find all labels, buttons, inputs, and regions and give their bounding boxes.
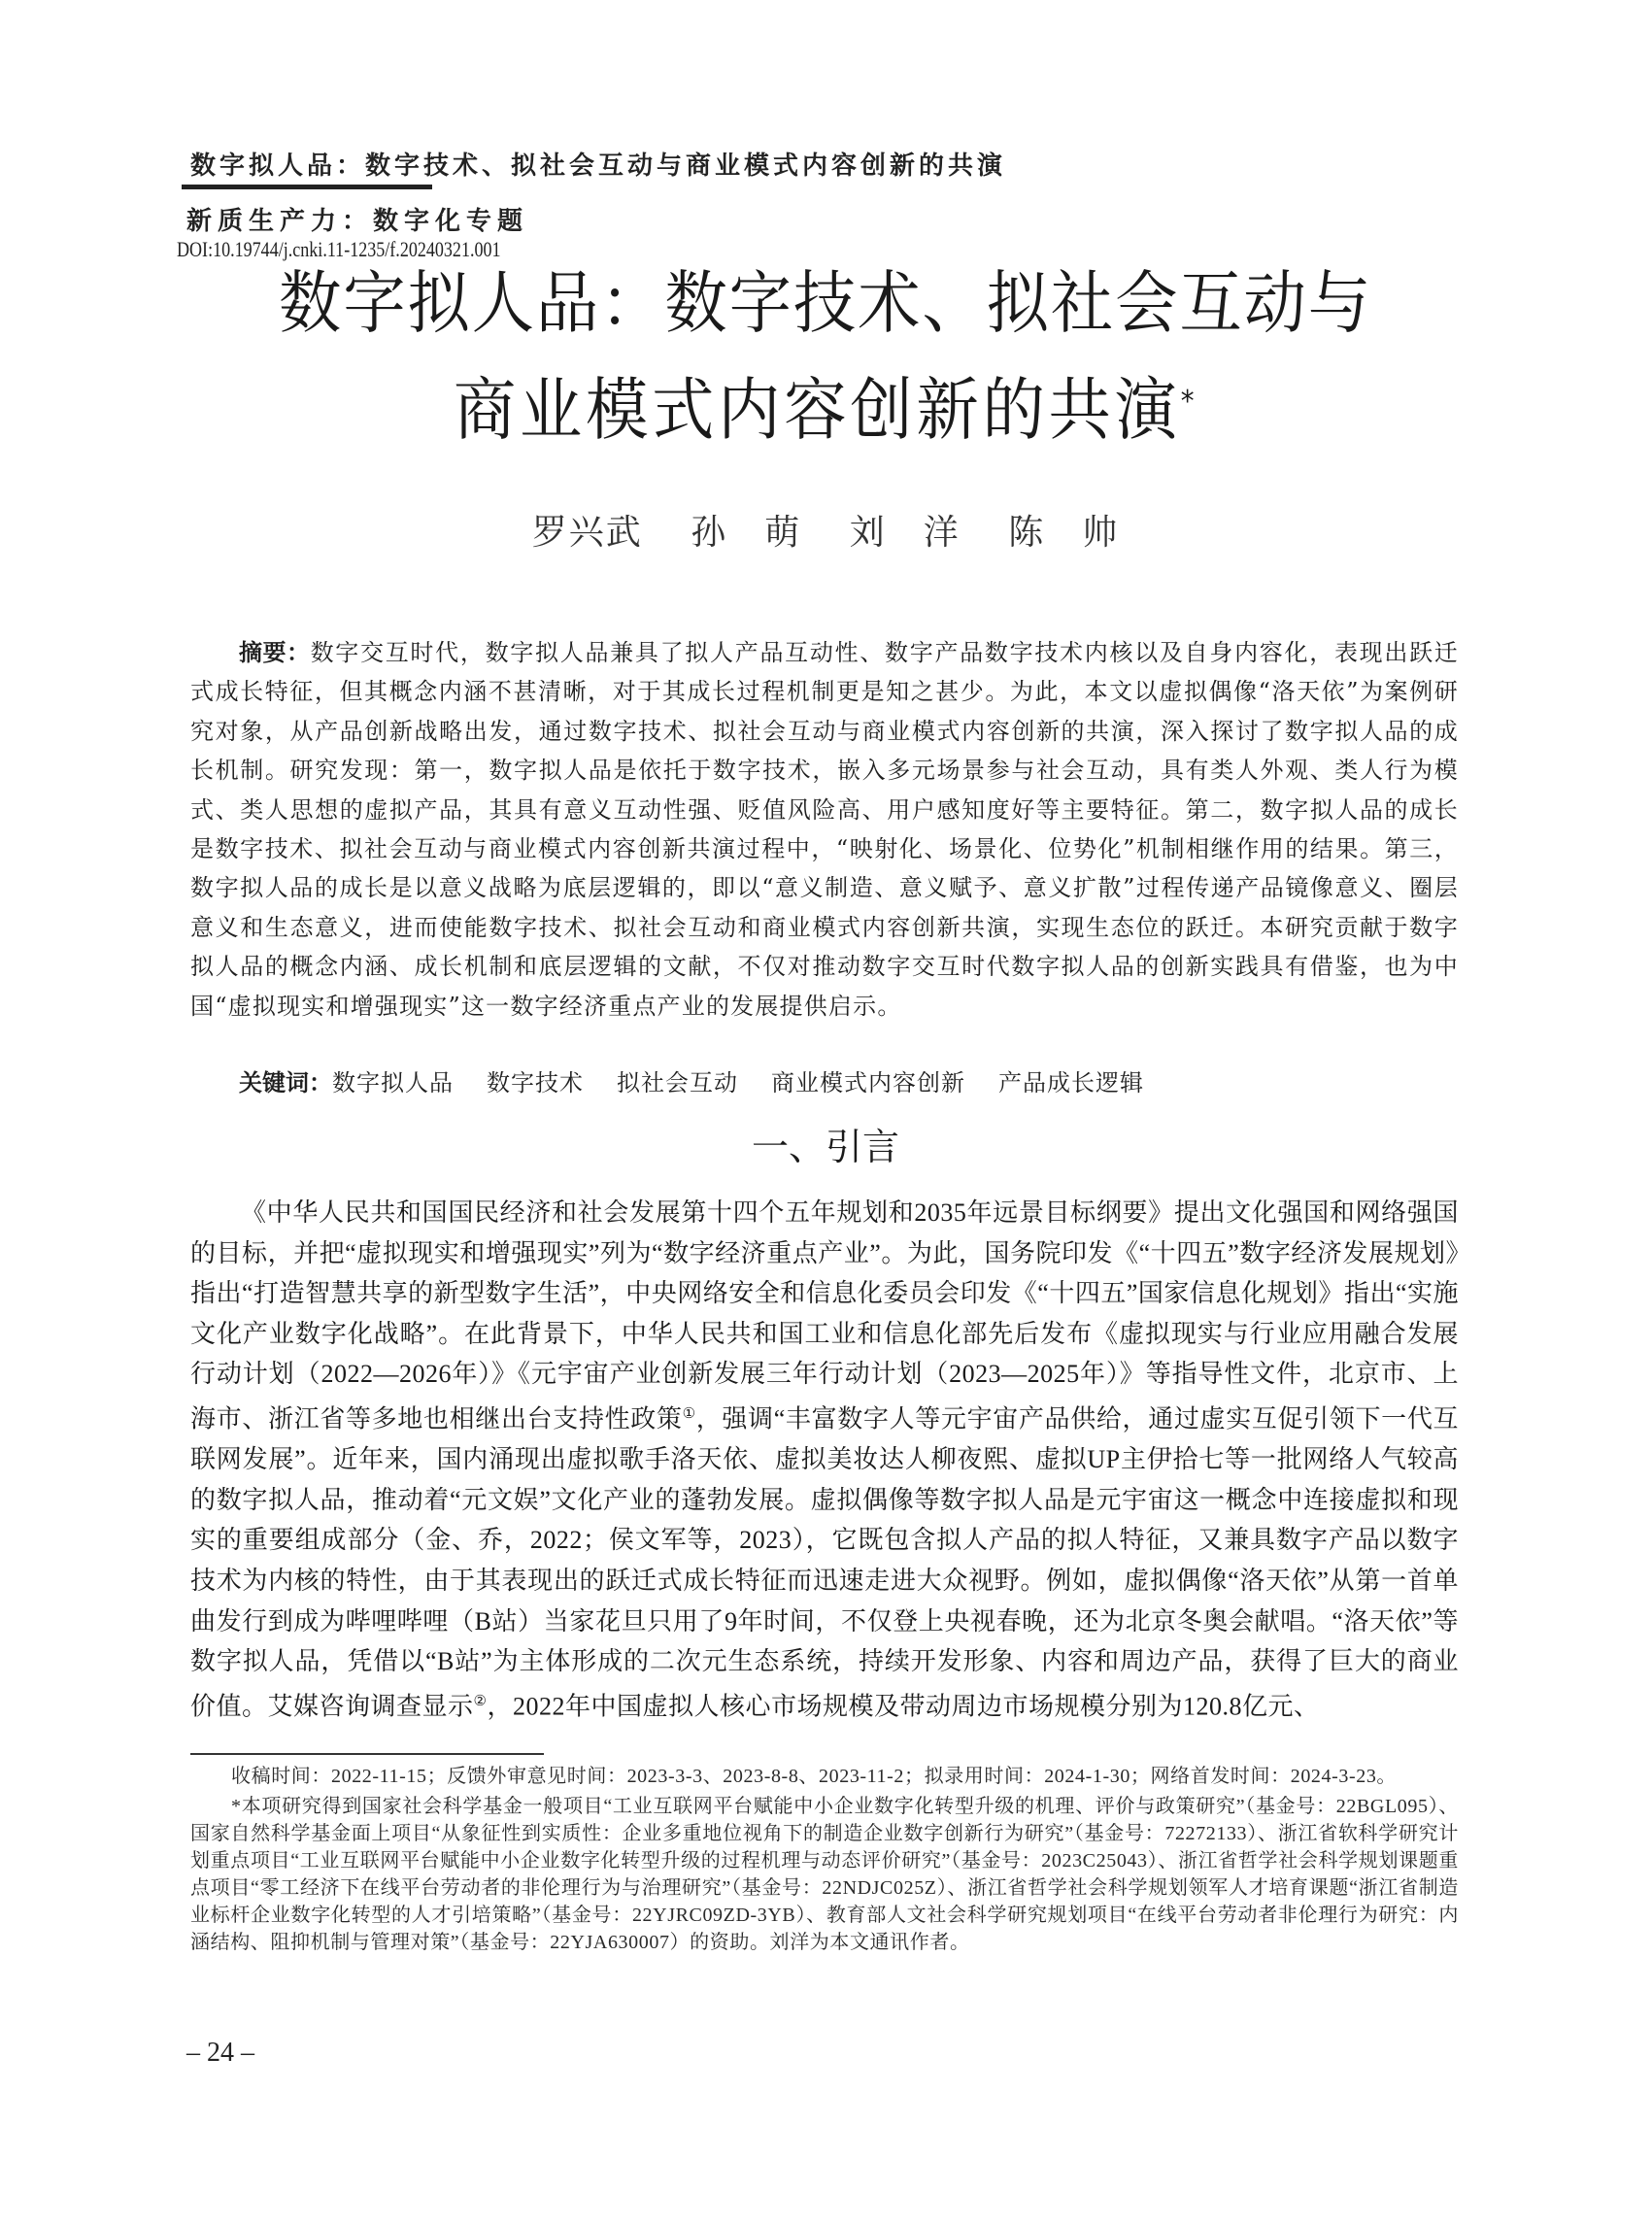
author-list: 罗兴武 孙 萌 刘 洋 陈 帅 bbox=[175, 505, 1476, 555]
keywords: 关键词：数字拟人品数字技术拟社会互动商业模式内容创新产品成长逻辑 bbox=[239, 1063, 1177, 1097]
title-text-1: 数字拟人品：数字技术、拟社会互动与 bbox=[279, 263, 1372, 343]
keyword: 产品成长逻辑 bbox=[998, 1069, 1144, 1096]
abstract: 摘要：数字交互时代，数字拟人品兼具了拟人产品互动性、数字产品数字技术内核以及自身… bbox=[190, 633, 1459, 1026]
body-text-part-1: 《中华人民共和国国民经济和社会发展第十四个五年规划和2035年远景目标纲要》提出… bbox=[190, 1198, 1459, 1433]
author: 陈 帅 bbox=[1008, 513, 1119, 553]
abstract-label: 摘要： bbox=[239, 639, 311, 666]
running-head-rule bbox=[182, 185, 432, 189]
keyword: 拟社会互动 bbox=[617, 1069, 738, 1096]
footnote-funding: *本项研究得到国家社会科学基金一般项目“工业互联网平台赋能中小企业数字化转型升级… bbox=[190, 1793, 1459, 1956]
footnotes: 收稿时间：2022-11-15；反馈外审意见时间：2023-3-3、2023-8… bbox=[190, 1763, 1459, 1959]
abstract-text: 数字交互时代，数字拟人品兼具了拟人产品互动性、数字产品数字技术内核以及自身内容化… bbox=[190, 639, 1459, 1020]
footnote-ref-2[interactable]: ② bbox=[474, 1694, 488, 1709]
column-tag: 新质生产力：数字化专题 bbox=[186, 201, 528, 237]
body-text-part-2: ，强调“丰富数字人等元宇宙产品供给，通过虚实互促引领下一代互联网发展”。近年来，… bbox=[190, 1405, 1459, 1721]
keyword: 商业模式内容创新 bbox=[771, 1069, 965, 1096]
author: 刘 洋 bbox=[850, 513, 961, 553]
author: 罗兴武 bbox=[532, 513, 643, 553]
running-head: 数字拟人品：数字技术、拟社会互动与商业模式内容创新的共演 bbox=[190, 146, 1006, 182]
article-title-line-1: 数字拟人品：数字技术、拟社会互动与 bbox=[227, 254, 1425, 352]
body-text-part-3: ，2022年中国虚拟人核心市场规模及带动周边市场规模分别为120.8亿元、 bbox=[487, 1692, 1319, 1720]
keywords-label: 关键词： bbox=[239, 1069, 332, 1096]
title-text-2: 商业模式内容创新的共演 bbox=[454, 370, 1181, 450]
title-footnote-mark[interactable]: * bbox=[1181, 385, 1197, 419]
keyword: 数字拟人品 bbox=[332, 1069, 454, 1096]
footnote-ref-1[interactable]: ① bbox=[683, 1406, 696, 1422]
article-title-line-2: 商业模式内容创新的共演* bbox=[227, 361, 1425, 458]
section-heading-introduction: 一、引言 bbox=[175, 1117, 1476, 1170]
footnote-divider bbox=[190, 1753, 544, 1755]
page-number: – 24 – bbox=[186, 2038, 254, 2069]
keyword: 数字技术 bbox=[487, 1069, 584, 1096]
introduction-paragraph: 《中华人民共和国国民经济和社会发展第十四个五年规划和2035年远景目标纲要》提出… bbox=[190, 1193, 1459, 1727]
author: 孙 萌 bbox=[691, 513, 801, 553]
footnote-dates: 收稿时间：2022-11-15；反馈外审意见时间：2023-3-3、2023-8… bbox=[190, 1763, 1459, 1790]
